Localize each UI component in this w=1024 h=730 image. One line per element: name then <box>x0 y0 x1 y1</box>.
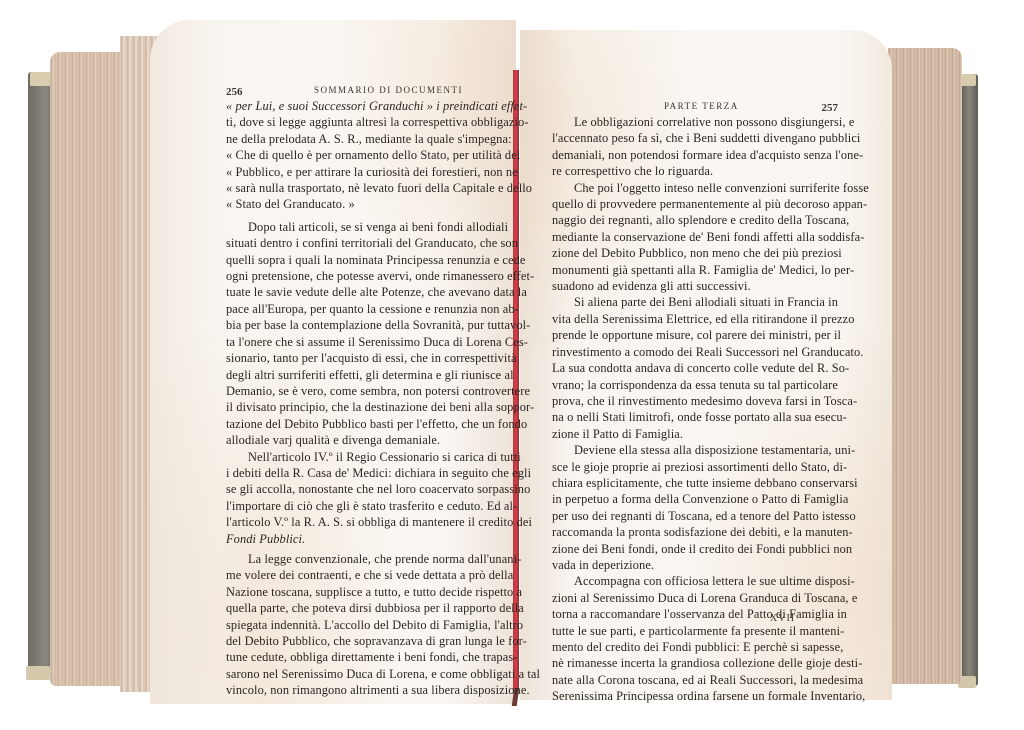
left-page-number: 256 <box>226 84 243 100</box>
text-line: « Pubblico, e per attirare la curiosità … <box>226 164 502 180</box>
text-line: mediante la conservazione de' Beni fondi… <box>552 229 838 245</box>
text-line: nate alla Corona toscana, ed ai Reali Su… <box>552 672 838 688</box>
text-line: La sua condotta andava di concerto colle… <box>552 360 838 376</box>
text-line: tune cedute, obbliga direttamente i beni… <box>226 649 502 665</box>
text-line: in perpetuo a forma della Convenzione o … <box>552 491 838 507</box>
left-running-title: SOMMARIO DI DOCUMENTI <box>314 82 463 98</box>
text-line: vrano; la corrispondenza da essa tenuta … <box>552 377 838 393</box>
text-line: pace all'Europa, per quanto la cessione … <box>226 301 502 317</box>
text-line: Serenissima Principessa ordina farsene u… <box>552 688 838 704</box>
left-cover-corner-bottom <box>26 666 50 680</box>
text-line: quelli sopra i quali la nominata Princip… <box>226 252 502 268</box>
text-line: zione il Patto di Famiglia. <box>552 426 838 442</box>
text-line: « sarà nulla trasportato, nè levato fuor… <box>226 180 502 196</box>
text-line: del Debito Pubblico, che sopravanzava di… <box>226 633 502 649</box>
text-line: « Che di quello è per ornamento dello St… <box>226 147 502 163</box>
text-line: zione del Debito Pubblico, non meno che … <box>552 245 838 261</box>
text-line: prova, che il rinvestimento medesimo dov… <box>552 393 838 409</box>
text-line: l'importare di ciò che gli è stato trasf… <box>226 498 502 514</box>
text-line: quella parte, che poteva dirsi dubbiosa … <box>226 600 502 616</box>
text-line: « per Lui, e suoi Successori Granduchi »… <box>226 98 502 114</box>
text-line: tazione del Debito Pubblico basti per l'… <box>226 416 502 432</box>
text-line: Si aliena parte dei Beni allodiali situa… <box>552 294 838 310</box>
text-line: Nazione toscana, supplisce a tutto, e tu… <box>226 584 502 600</box>
text-line: Nell'articolo IV.º il Regio Cessionario … <box>226 449 502 465</box>
left-running-head: 256 SOMMARIO DI DOCUMENTI <box>226 82 502 98</box>
text-line: l'articolo V.º la R. A. S. si obbliga di… <box>226 514 502 530</box>
text-line: suadono ad evidenza gli atti successivi. <box>552 278 838 294</box>
text-line: na o nelli Stati limitrofi, onde fosse p… <box>552 409 838 425</box>
open-book-photo: 256 SOMMARIO DI DOCUMENTI « per Lui, e s… <box>0 0 1024 730</box>
text-line: Accompagna con officiosa lettera le sue … <box>552 573 838 589</box>
text-line: Deviene ella stessa alla disposizione te… <box>552 442 838 458</box>
text-line: ne della prelodata A. S. R., mediante la… <box>226 131 502 147</box>
right-running-head: PARTE TERZA 257 <box>552 98 838 114</box>
text-line: zione dei Beni fondi, onde il credito de… <box>552 541 838 557</box>
text-line: Le obbligazioni correlative non possono … <box>552 114 838 130</box>
text-line: re correspettivo che lo riguarda. <box>552 163 838 179</box>
text-line: Fondi Pubblici. <box>226 531 502 547</box>
text-line: allodiale varj qualità e divenga demania… <box>226 432 502 448</box>
text-line: ogni pretensione, che potesse avervi, on… <box>226 268 502 284</box>
right-page-number: 257 <box>822 100 839 116</box>
text-line: Che poi l'oggetto inteso nelle convenzio… <box>552 180 838 196</box>
text-line: prende le opportune misure, col parere d… <box>552 327 838 343</box>
text-line: vincolo, non rimangono altrimenti a sua … <box>226 682 502 698</box>
text-line: rinvestimento a comodo dei Reali Success… <box>552 344 838 360</box>
text-line: La legge convenzionale, che prende norma… <box>226 551 502 567</box>
text-line: situati dentro i confini territoriali de… <box>226 235 502 251</box>
text-line: me volere dei contraenti, e che si vede … <box>226 567 502 583</box>
text-line: ti, dove si legge aggiunta altresì la co… <box>226 114 502 130</box>
text-line: Dopo tali articoli, se si venga ai beni … <box>226 219 502 235</box>
text-line: sce le gioje proprie ai preziosi assorti… <box>552 459 838 475</box>
text-line: zioni al Serenissimo Duca di Lorena Gran… <box>552 590 838 606</box>
text-line: tuate le savie vedute delle alte Potenze… <box>226 284 502 300</box>
text-line: monumenti già spettanti alla R. Famiglia… <box>552 262 838 278</box>
text-line: sionario, tanto per l'acquisto di essi, … <box>226 350 502 366</box>
text-line: naggio dei regnanti, allo splendore e cr… <box>552 212 838 228</box>
text-line: mento del credito dei Fondi pubblici: E … <box>552 639 838 655</box>
text-line: l'accennato peso fa sì, che i Beni sudde… <box>552 130 838 146</box>
right-page-stack-edges <box>888 48 962 684</box>
text-line: ta l'onere che si assume il Serenissimo … <box>226 334 502 350</box>
signature-mark: XVII <box>770 613 795 624</box>
text-line: raccomanda la pronta sodisfazione dei de… <box>552 524 838 540</box>
text-line: quello di provvedere permanentemente al … <box>552 196 838 212</box>
text-line: degli altri surriferiti effetti, gli det… <box>226 367 502 383</box>
text-line: il divisato principio, che la destinazio… <box>226 399 502 415</box>
left-cover-corner-top <box>30 72 52 86</box>
text-line: chiara esplicitamente, che tutte insieme… <box>552 475 838 491</box>
text-line: nè rimanesse incerta la grandiosa collez… <box>552 655 838 671</box>
text-line: sarono nel Serenissimo Duca di Lorena, e… <box>226 666 502 682</box>
right-running-title: PARTE TERZA <box>664 98 739 114</box>
text-line: tutte le sue parti, e particolarmente fa… <box>552 623 838 639</box>
text-line: vada in deperizione. <box>552 557 838 573</box>
text-line: « Stato del Granducato. » <box>226 196 502 212</box>
text-line: per uso dei regnanti di Toscana, ed a te… <box>552 508 838 524</box>
text-line: se gli accolla, nonostante che nel loro … <box>226 481 502 497</box>
right-cover-board <box>960 74 978 686</box>
text-line: demaniali, non potendosi formare idea d'… <box>552 147 838 163</box>
left-page-text: 256 SOMMARIO DI DOCUMENTI « per Lui, e s… <box>226 82 502 699</box>
text-line: spiegata indennità. L'accollo del Debito… <box>226 617 502 633</box>
text-line: Demanio, se è vero, come sembra, non pot… <box>226 383 502 399</box>
text-line: i debiti della R. Casa de' Medici: dichi… <box>226 465 502 481</box>
text-line: bia per base la contemplazione della Sov… <box>226 317 502 333</box>
text-line: vita della Serenissima Elettrice, ed ell… <box>552 311 838 327</box>
